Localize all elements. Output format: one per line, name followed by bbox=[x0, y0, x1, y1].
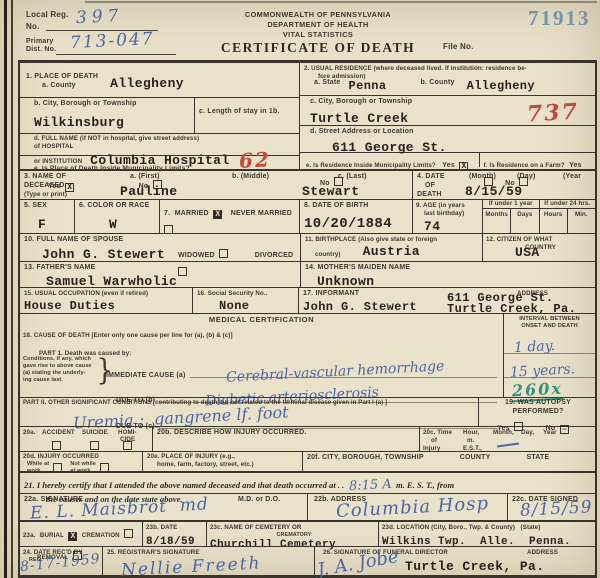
box-18-cause-of-death: MEDICAL CERTIFICATION 18. CAUSE OF DEATH… bbox=[20, 313, 595, 397]
box20a-number: 20a. bbox=[23, 429, 35, 437]
box-7-marital-status: 7. MARRIED X NEVER MARRIED WIDOWED DIVOR… bbox=[159, 200, 299, 233]
box4-label-2: OF bbox=[417, 182, 445, 191]
certificate-number-stamp: 71913 bbox=[528, 6, 591, 31]
box20f-state-label: STATE bbox=[526, 454, 549, 471]
box-20e-place-of-injury: 20e. PLACE OF INJURY (e.g., home, farm, … bbox=[142, 452, 302, 471]
binding-edge-line-2 bbox=[11, 0, 13, 578]
box23a-burial-label: BURIAL bbox=[40, 532, 64, 539]
box20c-label-2: of bbox=[423, 437, 463, 445]
binding-edge-line bbox=[4, 0, 7, 578]
box7-never-married-label: NEVER MARRIED bbox=[231, 210, 292, 217]
checkbox-burial: X bbox=[68, 532, 77, 541]
box18-label: 18. CAUSE OF DEATH [Enter only one cause… bbox=[23, 332, 233, 339]
box-23b-date: 23b. DATE 8/18/59 bbox=[142, 522, 206, 546]
box23a-number: 23a. bbox=[23, 532, 35, 539]
form-grid: 1. PLACE OF DEATH a. County Allegheny b.… bbox=[18, 60, 597, 578]
box20f-county-label: COUNTY bbox=[460, 454, 491, 471]
box2-label-1: 2. USUAL RESIDENCE (where deceased lived… bbox=[304, 65, 595, 73]
box-1-place-of-death: 1. PLACE OF DEATH a. County Allegheny b.… bbox=[20, 63, 299, 169]
box-9-age: 9. AGE (in years last birthday) 74 If un… bbox=[412, 200, 595, 233]
box3-label-3: (Type or print) bbox=[24, 191, 67, 199]
box20a-accident-label: ACCIDENT bbox=[42, 429, 75, 437]
box9-age-value: 74 bbox=[424, 219, 482, 234]
box11-label-1: 11. BIRTHPLACE (Also give state or forei… bbox=[305, 236, 482, 244]
box-17-informant: 17. INFORMANT John G. Stewert ADDRESS 61… bbox=[298, 288, 595, 313]
box3-middle-label: b. (Middle) bbox=[232, 173, 269, 182]
file-no-label: File No. bbox=[443, 42, 474, 52]
org-line-3: VITAL STATISTICS bbox=[188, 30, 448, 39]
box2a-label: a. State bbox=[314, 79, 341, 88]
box2b-label: b. County bbox=[421, 79, 455, 88]
header: Local Reg. No. 397 Primary Dist. No. 713… bbox=[18, 6, 597, 58]
box2f-label: f. Is Residence on a Farm? bbox=[484, 162, 565, 169]
box18-cause-a-value: Cerebral-vascular hemorrhage bbox=[225, 359, 444, 386]
death-certificate-scan: Local Reg. No. 397 Primary Dist. No. 713… bbox=[0, 0, 600, 578]
box9-days-label: Days bbox=[510, 209, 538, 233]
box3-first-value: Pauline bbox=[120, 184, 177, 199]
org-line-2: DEPARTMENT OF HEALTH bbox=[188, 20, 448, 29]
box3-label-2: DECEASED bbox=[24, 182, 67, 191]
box20e-label-1: 20e. PLACE OF INJURY (e.g., bbox=[147, 453, 302, 461]
box-10-spouse: 10. FULL NAME OF SPOUSE John G. Stewert bbox=[20, 234, 300, 261]
box4-day-label: (Day) bbox=[517, 173, 536, 182]
box21-time-value: 8:15 A bbox=[348, 477, 391, 494]
box17-label: 17. INFORMANT bbox=[303, 290, 359, 299]
box23b-label: 23b. DATE bbox=[146, 524, 206, 532]
box25-value: Nellie Freeth bbox=[121, 553, 262, 578]
box9-hours-label: Hours bbox=[540, 209, 567, 233]
box22c-date-value: 8/15/59 bbox=[520, 497, 593, 521]
box2a-state-value: Penna bbox=[349, 79, 387, 93]
box4-label-1: 4. DATE bbox=[417, 173, 445, 182]
box20f-label: 20f. CITY, BOROUGH, TOWNSHIP bbox=[307, 454, 424, 471]
box19-label-2: PERFORMED? bbox=[481, 408, 595, 417]
box-20f-city-county-state: 20f. CITY, BOROUGH, TOWNSHIP COUNTY STAT… bbox=[302, 452, 595, 471]
box20c-month-day-year-label: Month, Day, Year bbox=[493, 429, 595, 437]
box20a-suicide-label: SUICIDE bbox=[82, 429, 108, 437]
box18-interval-column: INTERVAL BETWEEN ONSET AND DEATH 1 day. … bbox=[503, 314, 595, 397]
box-25-registrar: 25. REGISTRAR'S SIGNATURE Nellie Freeth bbox=[102, 547, 314, 575]
box20b-label: 20b. DESCRIBE HOW INJURY OCCURRED. bbox=[157, 429, 419, 438]
box22a-md-label: M.D. or D.O. bbox=[238, 496, 280, 505]
box2e-label: e. Is Residence Inside Municipality Limi… bbox=[306, 162, 436, 169]
box10-value: John G. Stewert bbox=[42, 247, 300, 262]
box21-text-1: 21. I hereby certify that I attended the… bbox=[24, 480, 344, 490]
box18-cond-line1: Conditions, if any, which bbox=[23, 356, 107, 363]
box1d-label-1: d. FULL NAME (if NOT in hospital, give s… bbox=[34, 135, 299, 143]
box7-number: 7. bbox=[164, 210, 170, 217]
medical-certification-header: MEDICAL CERTIFICATION bbox=[20, 314, 503, 324]
box13-label: 13. FATHER'S NAME bbox=[24, 264, 300, 273]
box3-label-1: 3. NAME OF bbox=[24, 173, 67, 182]
box12-label-2: COUNTRY bbox=[486, 244, 595, 252]
box-5-sex: 5. SEX F bbox=[20, 200, 74, 233]
box18-conditions-note: Conditions, if any, which gave rise to a… bbox=[23, 356, 107, 384]
box11-label-2: country) bbox=[305, 251, 341, 259]
page-top-edge bbox=[85, 1, 597, 3]
box20c-label-1: 20c. Time bbox=[423, 429, 463, 437]
box6-label: 6. COLOR OR RACE bbox=[79, 202, 159, 211]
box8-label: 8. DATE OF BIRTH bbox=[304, 202, 412, 211]
box20c-m-label: m. bbox=[463, 437, 493, 445]
box9-min-label: Min. bbox=[567, 209, 595, 233]
checkbox-burial-mark: X bbox=[70, 532, 75, 541]
box2f-yes-label: Yes bbox=[569, 162, 582, 169]
box-23d-location: 23d. LOCATION (City, Boro., Twp. & Count… bbox=[378, 522, 595, 546]
local-reg-no-label: No. bbox=[26, 22, 40, 32]
dist-no-label: Dist. No. bbox=[26, 46, 56, 55]
box20d-notwhile-label-1: Not while bbox=[70, 461, 96, 468]
stamp-737: 737 bbox=[526, 99, 579, 128]
box23c-label-1: 23c. NAME OF CEMETERY OR bbox=[210, 524, 378, 532]
box23a-cremation-label: CREMATION bbox=[82, 532, 120, 539]
box12-label-1: 12. CITIZEN OF WHAT bbox=[486, 236, 595, 244]
box3-last-label: c. (Last) bbox=[338, 173, 367, 182]
box-12-citizen: 12. CITIZEN OF WHAT COUNTRY USA bbox=[482, 234, 595, 261]
box-15-occupation: 15. USUAL OCCUPATION (even if retired) H… bbox=[20, 288, 192, 313]
box-14-mother: 14. MOTHER'S MAIDEN NAME Unknown bbox=[300, 262, 595, 287]
box17-value: John G. Stewert bbox=[303, 300, 417, 314]
box-11-birthplace: 11. BIRTHPLACE (Also give state or forei… bbox=[300, 234, 482, 261]
box9-under-1-year-label: If under 1 year bbox=[483, 200, 539, 209]
box-21-certification-statement: 21. I hereby certify that I attended the… bbox=[20, 471, 595, 493]
box1b-city-value: Wilkinsburg bbox=[34, 115, 194, 130]
box20d-label: 20d. INJURY OCCURRED bbox=[23, 453, 142, 461]
checkbox-suicide bbox=[90, 441, 99, 450]
document-title: CERTIFICATE OF DEATH bbox=[188, 40, 448, 56]
checkbox-accident bbox=[52, 441, 61, 450]
box-8-date-of-birth: 8. DATE OF BIRTH 10/20/1884 bbox=[299, 200, 412, 233]
box4-date-value: 8/15/59 bbox=[465, 184, 522, 199]
box-20a-accident-suicide-homicide: 20a. ACCIDENT SUICIDE HOMI- CIDE bbox=[20, 427, 152, 451]
box-23c-cemetery: 23c. NAME OF CEMETERY OR CREMATORY Churc… bbox=[206, 522, 378, 546]
box-20c-time-of-injury: 20c. Time of Injury Hour, m. E.S.T., Mon… bbox=[419, 427, 595, 451]
box9-under-24-hrs-label: If under 24 hrs. bbox=[540, 200, 596, 209]
box6-value: W bbox=[109, 217, 159, 232]
box-22a-signature: 22a. SIGNATURE M.D. or D.O. E. L. Maisbr… bbox=[20, 494, 307, 520]
box-6-color-or-race: 6. COLOR OR RACE W bbox=[74, 200, 159, 233]
checkbox-cremation bbox=[124, 529, 133, 538]
box26-address-label: ADDRESS bbox=[527, 549, 558, 557]
box14-label: 14. MOTHER'S MAIDEN NAME bbox=[305, 264, 595, 273]
box4-month-label: (Month) bbox=[469, 173, 496, 182]
box1b-label: b. City, Borough or Township bbox=[34, 100, 194, 109]
box5-value: F bbox=[38, 217, 74, 232]
checkbox-homicide bbox=[123, 441, 132, 450]
box-20d-injury-occurred: 20d. INJURY OCCURRED While at work Not w… bbox=[20, 452, 142, 471]
box18-immediate-cause-label: IMMEDIATE CAUSE (a) bbox=[106, 372, 186, 381]
box9-months-label: Months bbox=[483, 209, 510, 233]
box4-label-3: DEATH bbox=[417, 191, 445, 200]
brace-glyph: } bbox=[96, 355, 113, 388]
box18-cond-line3: (a) stating the underly- bbox=[23, 370, 107, 377]
interval-header-line1: INTERVAL BETWEEN bbox=[504, 314, 595, 323]
box1a-label: a. County bbox=[42, 82, 76, 89]
box16-label: 16. Social Security No.. bbox=[197, 290, 298, 298]
agency-block: COMMONWEALTH OF PENNSYLVANIA DEPARTMENT … bbox=[188, 10, 448, 56]
box15-value: House Duties bbox=[24, 299, 192, 313]
interval-header-line2: ONSET AND DEATH bbox=[504, 323, 595, 330]
box21-text-2: m. E. S. T., from bbox=[396, 480, 454, 490]
box-22c-date-signed: 22c. DATE SIGNED 8/15/59 bbox=[507, 494, 595, 520]
box11-value: Austria bbox=[363, 244, 420, 259]
box2b-county-value: Allegheny bbox=[467, 79, 535, 93]
box3-last-value: Stewart bbox=[302, 184, 359, 199]
box20e-label-2: home, farm, factory, street, etc.) bbox=[147, 461, 302, 469]
box4-year-label: (Year bbox=[563, 173, 581, 182]
box26-address-value: Turtle Creek, Pa. bbox=[405, 559, 544, 574]
box2e-yes-label: Yes bbox=[442, 162, 455, 169]
box18-cond-line4: ing cause last. bbox=[23, 377, 107, 384]
box-19-autopsy: 19. WAS AUTOPSY PERFORMED? Yes No — bbox=[478, 398, 595, 426]
box23d-label: 23d. LOCATION (City, Boro., Twp. & Count… bbox=[382, 524, 595, 532]
box-26-funeral-director: 26. SIGNATURE OF FUNERAL DIRECTOR ADDRES… bbox=[314, 547, 595, 575]
box20c-hour-label: Hour, bbox=[463, 429, 493, 437]
box20d-while-label-1: While at bbox=[27, 461, 49, 468]
box16-value: None bbox=[219, 299, 298, 313]
box2d-label: d. Street Address or Location bbox=[310, 128, 595, 137]
box5-label: 5. SEX bbox=[24, 202, 74, 211]
box-16-ssn: 16. Social Security No.. None bbox=[192, 288, 298, 313]
box15-label: 15. USUAL OCCUPATION (even if retired) bbox=[24, 290, 192, 298]
box18-cond-line2: gave rise to above cause bbox=[23, 363, 107, 370]
box9-label-2: last birthday) bbox=[416, 210, 482, 218]
box-22b-address: 22b. ADDRESS Columbia Hosp bbox=[307, 494, 507, 520]
box1c-label: c. Length of stay in 1b. bbox=[199, 108, 280, 115]
box-23a-disposition: 23a. BURIAL X CREMATION REMOVAL bbox=[20, 522, 142, 546]
box-24-date-received: 24. DATE REC'D BY REG. 8-17-1959 bbox=[20, 547, 102, 575]
checkbox-married-mark: X bbox=[215, 210, 220, 219]
part-2-other-conditions: PART II. OTHER SIGNIFICANT CONDITIONS [c… bbox=[20, 398, 478, 426]
box9-label-1: 9. AGE (in years bbox=[416, 202, 482, 210]
box23c-label-2: CREMATORY bbox=[210, 532, 378, 539]
checkbox-married: X bbox=[213, 210, 222, 219]
box1a-county-value: Allegheny bbox=[110, 76, 184, 91]
box-4-date-of-death: 4. DATE OF DEATH (Month) (Day) (Year 8/1… bbox=[412, 171, 595, 199]
box-3-name-of-deceased: 3. NAME OF DECEASED (Type or print) a. (… bbox=[20, 171, 412, 199]
box3-first-label: a. (First) bbox=[130, 173, 160, 182]
box8-value: 10/20/1884 bbox=[304, 216, 412, 232]
box-13-father: 13. FATHER'S NAME Samuel Warwholic bbox=[20, 262, 300, 287]
box18-cause-a-line: Cerebral-vascular hemorrhage bbox=[190, 364, 497, 378]
box12-value: USA bbox=[515, 245, 540, 260]
box-2-usual-residence: 2. USUAL RESIDENCE (where deceased lived… bbox=[299, 63, 595, 169]
box7-married-label: MARRIED bbox=[175, 210, 209, 217]
box10-label: 10. FULL NAME OF SPOUSE bbox=[24, 236, 300, 245]
org-line-1: COMMONWEALTH OF PENNSYLVANIA bbox=[188, 10, 448, 19]
local-reg-value: 397 bbox=[76, 6, 124, 28]
box-20b-describe-injury: 20b. DESCRIBE HOW INJURY OCCURRED. bbox=[152, 427, 419, 451]
box19-label-1: 19. WAS AUTOPSY bbox=[481, 399, 595, 408]
